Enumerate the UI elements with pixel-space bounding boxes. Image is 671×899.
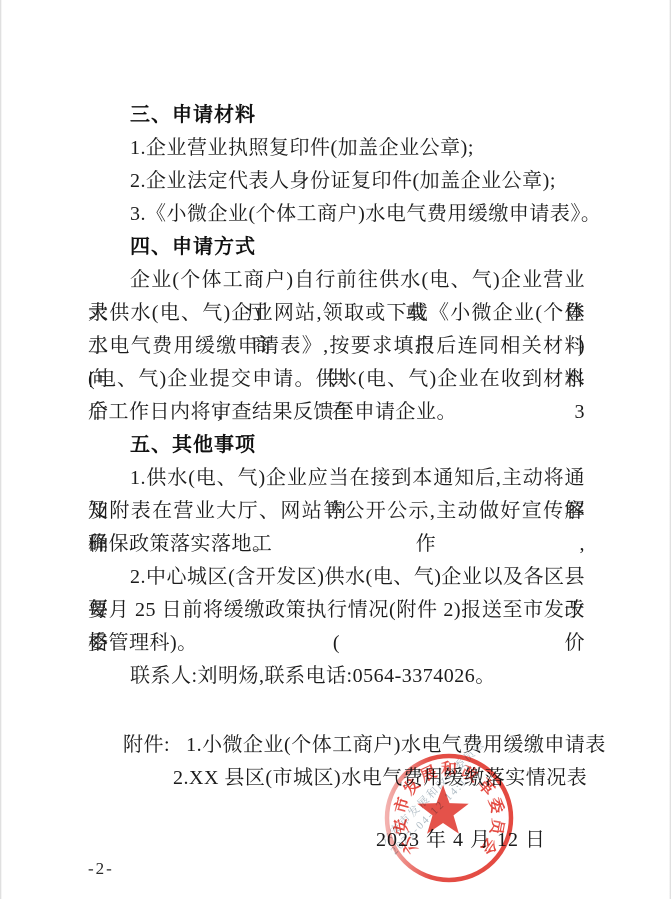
body-line: 企业(个体工商户)自行前往供水(电、气)企业营业大厅或登 xyxy=(88,264,585,297)
svg-text:市: 市 xyxy=(391,795,413,815)
attachment-item: 1.小微企业(个体工商户)水电气费用缓缴申请表 xyxy=(186,734,606,756)
section-heading-method: 四、申请方式 xyxy=(88,231,585,264)
body-line: (电、气)企业提交申请。供水(电、气)企业在收到材料后,在 3 xyxy=(88,363,585,396)
body-line: 1.企业营业执照复印件(加盖企业公章); xyxy=(88,132,585,165)
attachment-line-1: 附件:1.小微企业(个体工商户)水电气费用缓缴申请表 xyxy=(88,729,585,762)
body-line: 2.中心城区(含开发区)供水(电、气)企业以及各区县要于 xyxy=(88,561,585,594)
attachment-item: 2.XX 县区(市城区)水电气费用缓缴落实情况表 xyxy=(88,762,585,795)
blank-line xyxy=(88,693,585,729)
page-number: -2- xyxy=(88,859,114,879)
body-line: 录供水(电、气)企业网站,领取或下载《小微企业(个体工商户) xyxy=(88,297,585,330)
body-line: 每月 25 日前将缓缴政策执行情况(附件 2)报送至市发改委(价 xyxy=(88,594,585,627)
attachment-label: 附件: xyxy=(123,734,170,756)
contact-line: 联系人:刘明炀,联系电话:0564-3374026。 xyxy=(88,660,585,693)
body-line: 2.企业法定代表人身份证复印件(加盖企业公章); xyxy=(88,165,585,198)
section-heading-other: 五、其他事项 xyxy=(88,429,585,462)
document-body: 三、申请材料 1.企业营业执照复印件(加盖企业公章); 2.企业法定代表人身份证… xyxy=(88,99,585,795)
section-heading-materials: 三、申请材料 xyxy=(88,99,585,132)
body-line: 3.《小微企业(个体工商户)水电气费用缓缴申请表》。 xyxy=(88,198,585,231)
svg-text:委: 委 xyxy=(485,795,507,815)
page-left-edge xyxy=(0,0,2,899)
body-line: 1.供水(电、气)企业应当在接到本通知后,主动将通知内容 xyxy=(88,462,585,495)
body-line: 及附表在营业大厅、网站等公开公示,主动做好宣传解释工作, xyxy=(88,495,585,528)
issue-date: 2023 年 4 月 12 日 xyxy=(376,823,546,852)
body-line: 水电气费用缓缴申请表》,按要求填报后连同相关材料向供水 xyxy=(88,330,585,363)
